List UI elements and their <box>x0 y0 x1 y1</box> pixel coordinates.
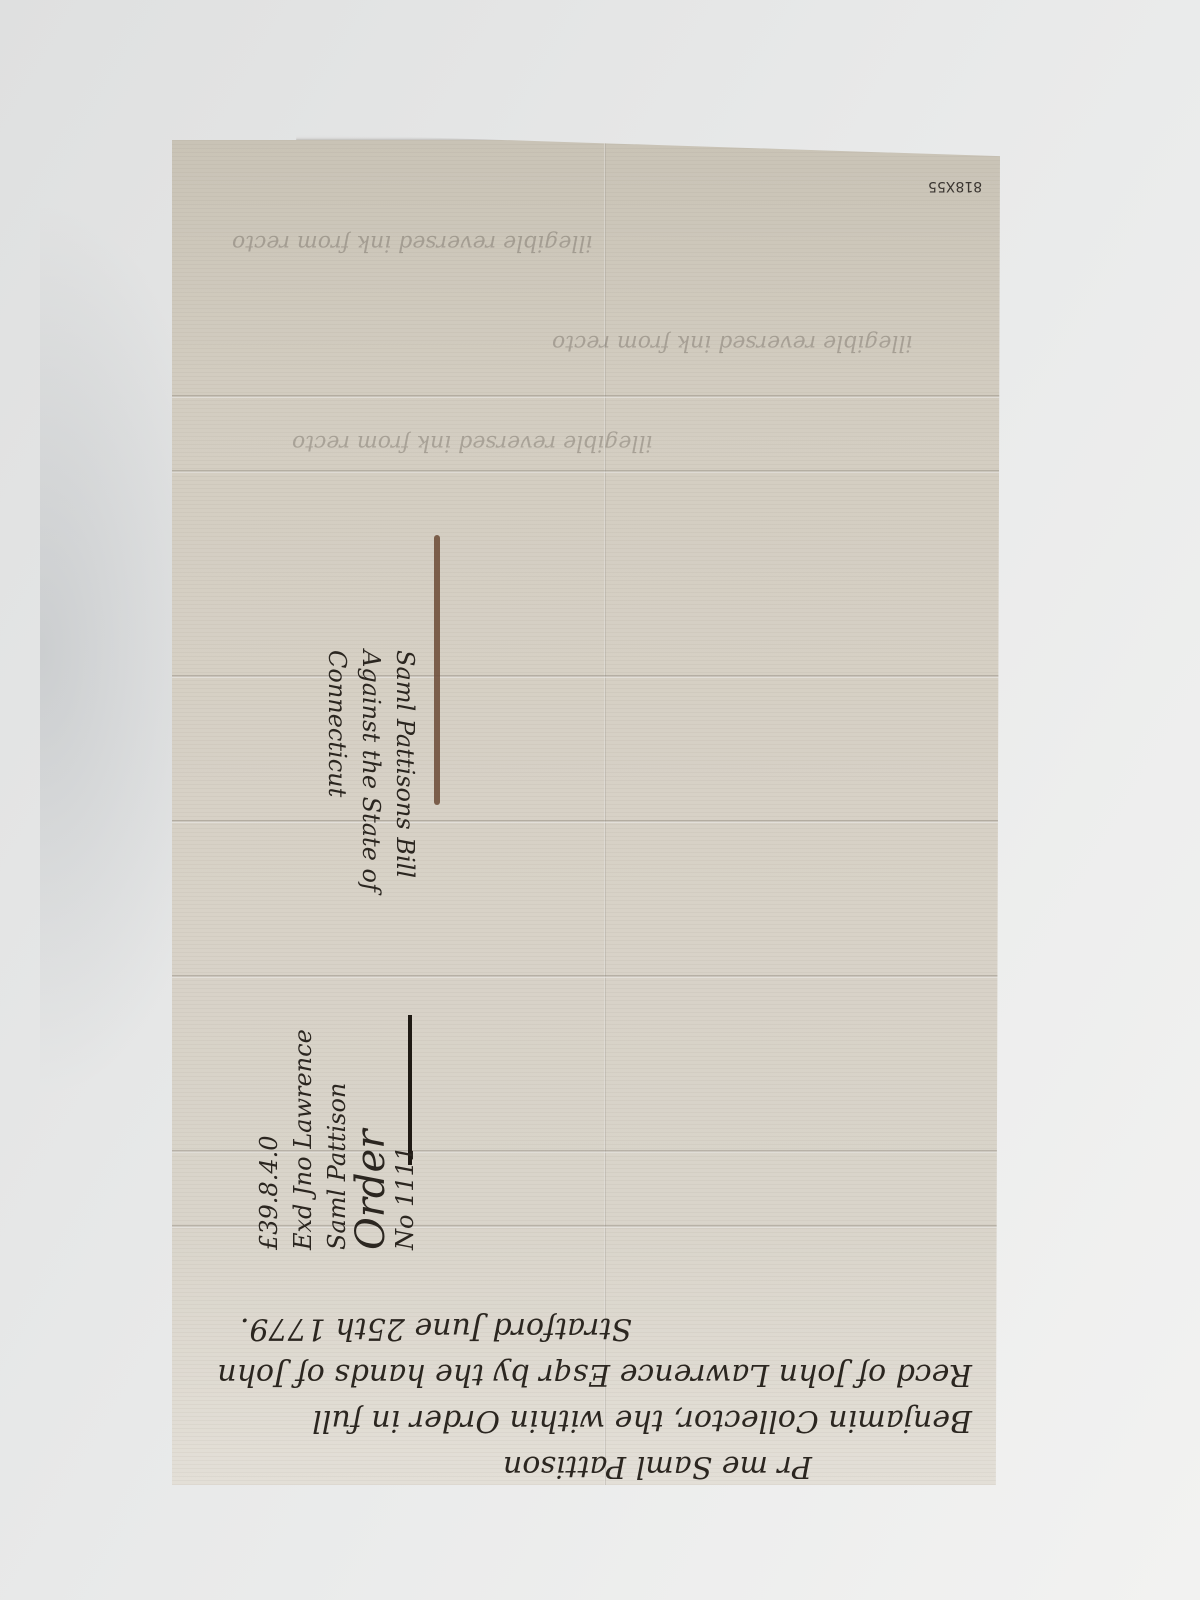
receipt-text: Pr me Saml Pattison Benjamin Collector, … <box>212 1305 972 1489</box>
document-sheet: 818X55 illegible reversed ink from recto… <box>172 140 1000 1485</box>
fold-line <box>172 470 1000 473</box>
fold-line <box>172 675 1000 678</box>
fold-line <box>172 820 1000 823</box>
docket-line: Saml Pattisons Bill <box>388 650 422 892</box>
docket-brace <box>434 535 440 805</box>
receipt-line: Benjamin Collector, the within Order in … <box>212 1397 972 1443</box>
receipt-line: Pr me Saml Pattison <box>212 1443 972 1489</box>
docket-text: Saml Pattisons Bill Against the State of… <box>320 650 422 892</box>
fold-line <box>172 975 1000 978</box>
bleed-through-text: illegible reversed ink from recto <box>552 330 913 355</box>
order-line: Order <box>354 1029 388 1250</box>
bleed-through-text: illegible reversed ink from recto <box>292 430 653 455</box>
order-endorsement: £39.8.4.0 Exd Jno Lawrence Saml Pattison… <box>252 1029 422 1250</box>
bleed-through-text: illegible reversed ink from recto <box>232 230 593 255</box>
order-line: Exd Jno Lawrence <box>286 1029 320 1250</box>
docket-line: Connecticut <box>320 650 354 892</box>
fold-line <box>172 395 1000 398</box>
catalog-mark: 818X55 <box>928 178 982 194</box>
order-line: £39.8.4.0 <box>252 1029 286 1250</box>
docket-line: Against the State of <box>354 650 388 892</box>
receipt-line: Stratford June 25th 1779. <box>212 1305 972 1351</box>
receipt-line: Recd of John Lawrence Esqr by the hands … <box>212 1351 972 1397</box>
